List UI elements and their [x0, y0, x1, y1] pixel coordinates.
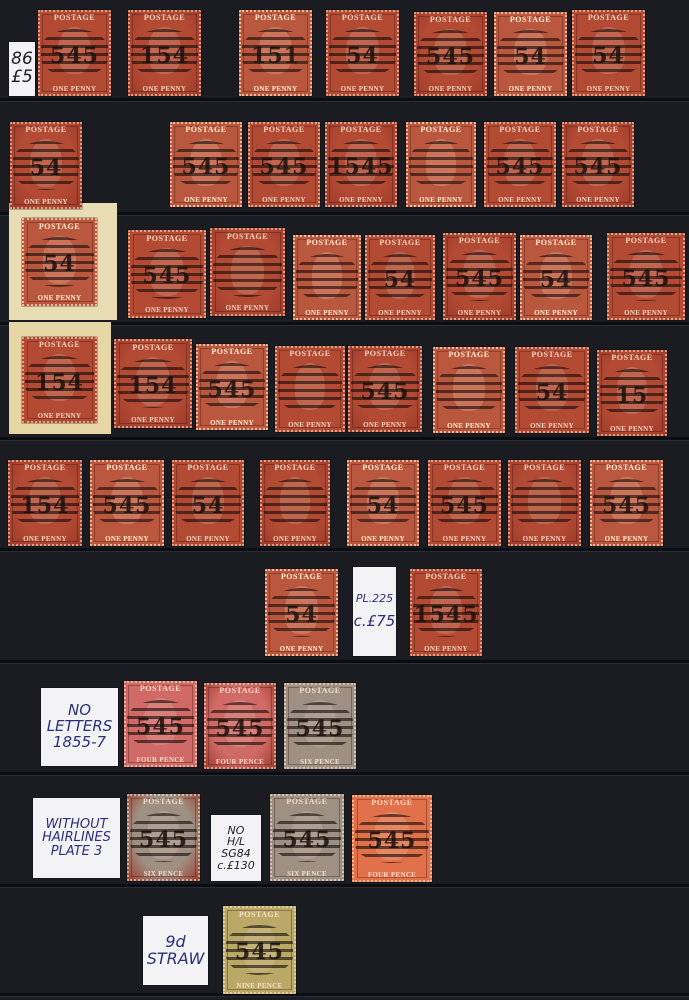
stamp-top-inscription: POSTAGE	[270, 797, 344, 806]
postmark-numeral: 154	[128, 43, 201, 69]
stamp-value-inscription: SIX PENCE	[270, 870, 344, 878]
postmark-numeral: 545	[414, 44, 487, 70]
stamp-top-inscription: POSTAGE	[515, 350, 589, 359]
stamp-penny-red: POSTAGEONE PENNY54	[365, 235, 435, 320]
postmark-numeral: 545	[607, 266, 685, 292]
stamp-fourpence-carmine: POSTAGEFOUR PENCE545	[204, 683, 276, 769]
stamp-top-inscription: POSTAGE	[347, 463, 419, 472]
stamp-value-inscription: ONE PENNY	[170, 196, 242, 204]
postmark-numeral: 54	[520, 267, 592, 293]
stamp-penny-red: POSTAGEONE PENNY54	[515, 347, 589, 433]
stamp-value-inscription: ONE PENNY	[196, 419, 268, 427]
stamp-penny-red: POSTAGEONE PENNY545	[128, 230, 206, 318]
stamp-top-inscription: POSTAGE	[590, 463, 663, 472]
stamp-penny-red: POSTAGEONE PENNY54	[572, 10, 645, 96]
postmark-numeral: 54	[347, 493, 419, 519]
stamp-value-inscription: ONE PENNY	[348, 421, 422, 429]
stamp-top-inscription: POSTAGE	[597, 353, 667, 362]
stamp-penny-red: POSTAGEONE PENNY1545	[325, 122, 397, 207]
description-note: NO LETTERS 1855-7	[41, 688, 118, 766]
stamp-value-inscription: FOUR PENCE	[124, 756, 197, 764]
postmark-numeral: 54	[572, 43, 645, 69]
stamp-value-inscription: ONE PENNY	[260, 535, 330, 543]
stamp-value-inscription: ONE PENNY	[562, 196, 634, 204]
stamp-penny-red: POSTAGEONE PENNY545	[90, 460, 164, 546]
stamp-penny-red: POSTAGEONE PENNY15	[597, 350, 667, 436]
stamp-penny-red: POSTAGEONE PENNY54	[10, 122, 82, 209]
postmark-numeral: 151	[239, 43, 312, 69]
stamp-top-inscription: POSTAGE	[196, 347, 268, 356]
stamp-value-inscription: ONE PENNY	[293, 309, 361, 317]
stamp-top-inscription: POSTAGE	[124, 684, 197, 693]
stamp-value-inscription: SIX PENCE	[284, 758, 356, 766]
stamp-value-inscription: ONE PENNY	[8, 535, 82, 543]
postmark-numeral: 154	[22, 370, 97, 396]
postmark-numeral: 54	[10, 155, 82, 181]
stamp-value-inscription: ONE PENNY	[128, 306, 206, 314]
stamp-penny-red: POSTAGEONE PENNY	[260, 460, 330, 546]
stamp-penny-red: POSTAGEONE PENNY54	[326, 10, 399, 96]
stamp-top-inscription: POSTAGE	[365, 238, 435, 247]
stamp-penny-red: POSTAGEONE PENNY54	[172, 460, 244, 546]
postmark-numeral: 54	[515, 380, 589, 406]
stamp-penny-red: POSTAGEONE PENNY1545	[410, 569, 482, 656]
postmark-numeral: 54	[494, 44, 567, 70]
price-note: NO H/L SG84 c.£130	[211, 815, 261, 881]
stamp-penny-red: POSTAGEONE PENNY	[433, 347, 505, 433]
stamp-penny-red: POSTAGEONE PENNY	[210, 228, 285, 316]
stamp-top-inscription: POSTAGE	[128, 13, 201, 22]
stock-strip	[0, 437, 689, 441]
postmark-numeral: 545	[124, 714, 197, 740]
postmark-numeral: 154	[8, 493, 82, 519]
stamp-penny-red: POSTAGEONE PENNY545	[428, 460, 501, 546]
postmark-bars	[409, 141, 473, 189]
postmark-bars	[263, 479, 327, 527]
stamp-top-inscription: POSTAGE	[22, 340, 97, 349]
postmark-numeral: 545	[443, 266, 516, 292]
stamp-top-inscription: POSTAGE	[494, 15, 567, 24]
stamp-value-inscription: ONE PENNY	[38, 85, 111, 93]
stamp-value-inscription: ONE PENNY	[508, 535, 581, 543]
stock-strip	[0, 548, 689, 552]
postmark-numeral: 545	[38, 43, 111, 69]
stamp-top-inscription: POSTAGE	[325, 125, 397, 134]
stamp-top-inscription: POSTAGE	[406, 125, 476, 134]
stamp-value-inscription: ONE PENNY	[22, 412, 97, 420]
stamp-penny-red: POSTAGEONE PENNY	[275, 346, 345, 432]
stamp-top-inscription: POSTAGE	[248, 125, 320, 134]
postmark-bars	[278, 365, 342, 413]
description-note: 9d STRAW	[143, 916, 208, 985]
stamp-value-inscription: NINE PENCE	[223, 982, 296, 990]
stamp-value-inscription: ONE PENNY	[347, 535, 419, 543]
stamp-penny-red: POSTAGEONE PENNY545	[607, 233, 685, 320]
stamp-value-inscription: ONE PENNY	[607, 309, 685, 317]
stamp-value-inscription: ONE PENNY	[10, 198, 82, 206]
stamp-value-inscription: ONE PENNY	[406, 196, 476, 204]
postmark-numeral: 15	[597, 383, 667, 409]
postmark-numeral: 54	[365, 267, 435, 293]
stamp-top-inscription: POSTAGE	[265, 572, 338, 581]
postmark-numeral: 545	[127, 827, 200, 853]
stamp-top-inscription: POSTAGE	[508, 463, 581, 472]
postmark-numeral: 545	[562, 154, 634, 180]
stamp-value-inscription: ONE PENNY	[22, 294, 97, 302]
stamp-value-inscription: ONE PENNY	[443, 309, 516, 317]
postmark-numeral: 545	[196, 377, 268, 403]
stamp-value-inscription: ONE PENNY	[248, 196, 320, 204]
postmark-numeral: 545	[248, 154, 320, 180]
stamp-top-inscription: POSTAGE	[352, 798, 432, 807]
postmark-numeral: 545	[352, 828, 432, 854]
stamp-top-inscription: POSTAGE	[284, 686, 356, 695]
postmark-numeral: 545	[590, 493, 663, 519]
stamp-penny-red: POSTAGEONE PENNY545	[248, 122, 320, 207]
postmark-numeral: 1545	[410, 602, 482, 628]
stamp-top-inscription: POSTAGE	[170, 125, 242, 134]
price-note: 86 £5	[9, 42, 35, 96]
postmark-numeral: 545	[90, 493, 164, 519]
postmark-numeral: 54	[172, 493, 244, 519]
stamp-value-inscription: ONE PENNY	[239, 85, 312, 93]
stamp-penny-red: POSTAGEONE PENNY54	[22, 218, 97, 306]
postmark-bars	[511, 479, 578, 527]
stamp-top-inscription: POSTAGE	[128, 234, 206, 243]
description-note: WITHOUT HAIRLINES PLATE 3	[33, 798, 120, 878]
stamp-value-inscription: ONE PENNY	[433, 422, 505, 430]
stamp-penny-red: POSTAGEONE PENNY	[293, 235, 361, 320]
stamp-top-inscription: POSTAGE	[114, 343, 192, 352]
stamp-top-inscription: POSTAGE	[38, 13, 111, 22]
stamp-fourpence-vermilion: POSTAGEFOUR PENCE545	[352, 795, 432, 882]
stamp-top-inscription: POSTAGE	[607, 236, 685, 245]
stamp-value-inscription: ONE PENNY	[484, 196, 556, 204]
stamp-value-inscription: ONE PENNY	[597, 425, 667, 433]
stamp-penny-red: POSTAGEONE PENNY151	[239, 10, 312, 96]
postmark-bars	[436, 366, 502, 414]
stamp-value-inscription: ONE PENNY	[410, 645, 482, 653]
stamp-value-inscription: FOUR PENCE	[204, 758, 276, 766]
stamp-penny-red: POSTAGEONE PENNY545	[443, 233, 516, 320]
postmark-numeral: 545	[284, 716, 356, 742]
stamp-top-inscription: POSTAGE	[127, 797, 200, 806]
stamp-top-inscription: POSTAGE	[90, 463, 164, 472]
stamp-penny-red: POSTAGEONE PENNY545	[484, 122, 556, 207]
stamp-top-inscription: POSTAGE	[260, 463, 330, 472]
stamp-penny-red: POSTAGEONE PENNY545	[562, 122, 634, 207]
stamp-penny-red: POSTAGEONE PENNY545	[414, 12, 487, 96]
stamp-penny-red: POSTAGEONE PENNY54	[520, 235, 592, 320]
stamp-top-inscription: POSTAGE	[520, 238, 592, 247]
stamp-top-inscription: POSTAGE	[443, 236, 516, 245]
stamp-penny-red: POSTAGEONE PENNY545	[38, 10, 111, 96]
stamp-top-inscription: POSTAGE	[223, 910, 296, 919]
stamp-penny-red: POSTAGEONE PENNY54	[265, 569, 338, 656]
stamp-sixpence-lilac: POSTAGESIX PENCE545	[127, 794, 200, 881]
stamp-value-inscription: ONE PENNY	[414, 85, 487, 93]
stamp-top-inscription: POSTAGE	[410, 572, 482, 581]
stamp-top-inscription: POSTAGE	[275, 349, 345, 358]
stock-strip	[0, 98, 689, 102]
stamp-top-inscription: POSTAGE	[239, 13, 312, 22]
stamp-top-inscription: POSTAGE	[10, 125, 82, 134]
stamp-value-inscription: ONE PENNY	[520, 309, 592, 317]
stamp-value-inscription: ONE PENNY	[494, 85, 567, 93]
stamp-penny-red: POSTAGEONE PENNY545	[170, 122, 242, 207]
stamp-value-inscription: ONE PENNY	[365, 309, 435, 317]
stamp-value-inscription: ONE PENNY	[572, 85, 645, 93]
stamp-top-inscription: POSTAGE	[172, 463, 244, 472]
postmark-numeral: 545	[428, 493, 501, 519]
postmark-numeral: 545	[484, 154, 556, 180]
stamp-value-inscription: ONE PENNY	[326, 85, 399, 93]
postmark-numeral: 545	[223, 939, 296, 965]
stock-strip	[0, 884, 689, 888]
stock-strip	[0, 772, 689, 776]
stamp-fourpence-carmine: POSTAGEFOUR PENCE545	[124, 681, 197, 767]
stamp-penny-red: POSTAGEONE PENNY154	[114, 339, 192, 428]
stamp-value-inscription: ONE PENNY	[325, 196, 397, 204]
postmark-numeral: 545	[348, 379, 422, 405]
stamp-top-inscription: POSTAGE	[22, 222, 97, 231]
stamp-value-inscription: ONE PENNY	[590, 535, 663, 543]
stamp-penny-red: POSTAGEONE PENNY154	[8, 460, 82, 546]
stamp-sixpence-lilac: POSTAGESIX PENCE545	[270, 794, 344, 881]
stamp-penny-red: POSTAGEONE PENNY	[406, 122, 476, 207]
stamp-top-inscription: POSTAGE	[210, 232, 285, 241]
postmark-numeral: 154	[114, 373, 192, 399]
stamp-sixpence-lilac: POSTAGESIX PENCE545	[284, 683, 356, 769]
stock-strip	[0, 993, 689, 997]
stock-strip	[0, 660, 689, 664]
stamp-value-inscription: ONE PENNY	[428, 535, 501, 543]
postmark-numeral: 545	[204, 716, 276, 742]
postmark-numeral: 1545	[325, 154, 397, 180]
stamp-value-inscription: ONE PENNY	[128, 85, 201, 93]
postmark-bars	[213, 247, 282, 296]
postmark-numeral: 54	[22, 251, 97, 277]
stamp-penny-red: POSTAGEONE PENNY545	[590, 460, 663, 546]
stamp-top-inscription: POSTAGE	[433, 350, 505, 359]
stamp-value-inscription: ONE PENNY	[172, 535, 244, 543]
stamp-top-inscription: POSTAGE	[326, 13, 399, 22]
stamp-value-inscription: SIX PENCE	[127, 870, 200, 878]
stamp-value-inscription: ONE PENNY	[90, 535, 164, 543]
stamp-penny-red: POSTAGEONE PENNY54	[494, 12, 567, 96]
plate-note: PL.225 c.£75	[353, 567, 396, 656]
stamp-top-inscription: POSTAGE	[8, 463, 82, 472]
postmark-numeral: 54	[326, 43, 399, 69]
stamp-penny-red: POSTAGEONE PENNY545	[348, 346, 422, 432]
stamp-top-inscription: POSTAGE	[428, 463, 501, 472]
stamp-value-inscription: FOUR PENCE	[352, 871, 432, 879]
stamp-value-inscription: ONE PENNY	[114, 416, 192, 424]
postmark-numeral: 545	[170, 154, 242, 180]
stamp-top-inscription: POSTAGE	[484, 125, 556, 134]
stamp-penny-red: POSTAGEONE PENNY154	[22, 337, 97, 423]
postmark-numeral: 545	[128, 263, 206, 289]
stamp-penny-red: POSTAGEONE PENNY154	[128, 10, 201, 96]
stamp-value-inscription: ONE PENNY	[210, 304, 285, 312]
stamp-ninepence-straw: POSTAGENINE PENCE545	[223, 906, 296, 994]
stamp-top-inscription: POSTAGE	[348, 349, 422, 358]
stamp-penny-red: POSTAGEONE PENNY	[508, 460, 581, 546]
stamp-top-inscription: POSTAGE	[204, 686, 276, 695]
stamp-value-inscription: ONE PENNY	[275, 421, 345, 429]
stamp-penny-red: POSTAGEONE PENNY545	[196, 344, 268, 430]
stamp-top-inscription: POSTAGE	[293, 238, 361, 247]
stamp-top-inscription: POSTAGE	[414, 15, 487, 24]
postmark-bars	[296, 254, 359, 302]
postmark-numeral: 54	[265, 602, 338, 628]
stamp-top-inscription: POSTAGE	[562, 125, 634, 134]
stamp-penny-red: POSTAGEONE PENNY54	[347, 460, 419, 546]
stamp-value-inscription: ONE PENNY	[515, 422, 589, 430]
postmark-numeral: 545	[270, 827, 344, 853]
stamp-top-inscription: POSTAGE	[572, 13, 645, 22]
stamp-value-inscription: ONE PENNY	[265, 645, 338, 653]
